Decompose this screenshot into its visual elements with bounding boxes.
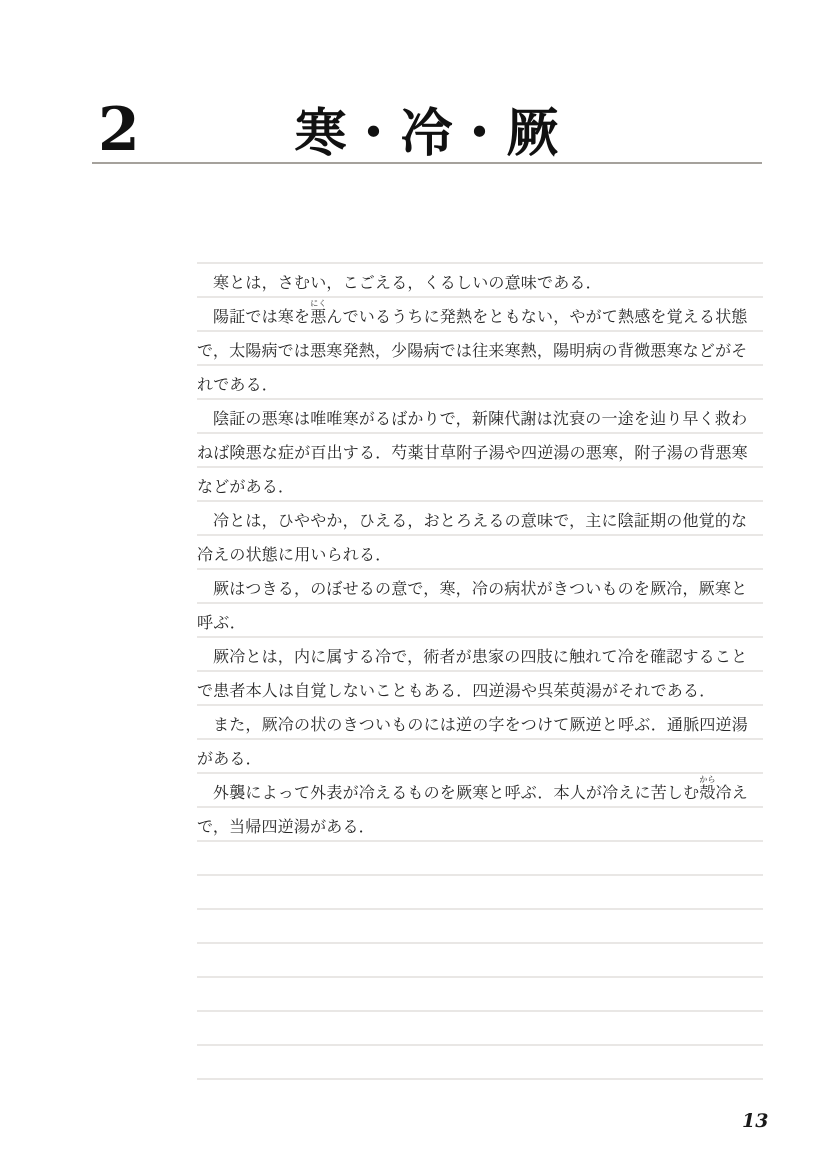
empty-ruled-line <box>197 874 763 908</box>
text-line-content: 寒とは，さむい，こごえる，くるしいの意味である． <box>213 275 602 291</box>
text-line: 厥冷とは，内に属する冷で，術者が患家の四肢に触れて冷を確認すること <box>197 636 763 670</box>
text-line: また，厥冷の状のきついものには逆の字をつけて厥逆と呼ぶ．通脈四逆湯 <box>197 704 763 738</box>
text-line: 厥はつきる，のぼせるの意で，寒，冷の病状がきついものを厥冷，厥寒と <box>197 568 763 602</box>
empty-ruled-line <box>197 840 763 874</box>
page-number: 13 <box>742 1110 768 1132</box>
empty-ruled-line <box>197 1044 763 1078</box>
text-line: 冷えの状態に用いられる． <box>197 534 763 568</box>
chapter-title: 寒・冷・厥 <box>92 106 762 162</box>
text-line: 寒とは，さむい，こごえる，くるしいの意味である． <box>197 262 763 296</box>
empty-ruled-line <box>197 942 763 976</box>
text-line-content: で，当帰四逆湯がある． <box>197 819 375 835</box>
text-line-content: がある． <box>197 751 262 767</box>
text-line-content: れである． <box>197 377 278 393</box>
text-line: れである． <box>197 364 763 398</box>
text-line-content: 厥冷とは，内に属する冷で，術者が患家の四肢に触れて冷を確認すること <box>213 649 747 665</box>
text-line: 陽証では寒を悪にくんでいるうちに発熱をともない，やがて熱感を覚える状態 <box>197 296 763 330</box>
text-line-content: また，厥冷の状のきついものには逆の字をつけて厥逆と呼ぶ．通脈四逆湯 <box>213 717 748 733</box>
empty-ruled-line <box>197 976 763 1010</box>
ruby-annotated-kanji: 殻から <box>699 783 715 802</box>
text-line: で，太陽病では悪寒発熱，少陽病では往来寒熱，陽明病の背微悪寒などがそ <box>197 330 763 364</box>
ruby-annotated-kanji: 悪にく <box>310 307 326 326</box>
empty-ruled-line <box>197 908 763 942</box>
text-line: で患者本人は自覚しないこともある．四逆湯や呉茱萸湯がそれである． <box>197 670 763 704</box>
text-line: 陰証の悪寒は唯唯寒がるばかりで，新陳代謝は沈衰の一途を辿り早く救わ <box>197 398 763 432</box>
chapter-header: 2 寒・冷・厥 <box>92 72 762 164</box>
text-line-content: 冷えの状態に用いられる． <box>197 547 391 563</box>
text-line-content: で患者本人は自覚しないこともある．四逆湯や呉茱萸湯がそれである． <box>197 683 715 699</box>
text-line: 呼ぶ． <box>197 602 763 636</box>
empty-ruled-line <box>197 1010 763 1044</box>
text-line: ねば険悪な症が百出する．芍薬甘草附子湯や四逆湯の悪寒，附子湯の背悪寒 <box>197 432 763 466</box>
text-line: 冷とは，ひややか，ひえる，おとろえるの意味で，主に陰証期の他覚的な <box>197 500 763 534</box>
text-line: などがある． <box>197 466 763 500</box>
text-line-content: 厥はつきる，のぼせるの意で，寒，冷の病状がきついものを厥冷，厥寒と <box>213 581 747 597</box>
text-line-content: ねば険悪な症が百出する．芍薬甘草附子湯や四逆湯の悪寒，附子湯の背悪寒 <box>197 445 748 461</box>
book-page: 2 寒・冷・厥 寒とは，さむい，こごえる，くるしいの意味である．陽証では寒を悪に… <box>0 0 830 1172</box>
text-line: 外襲によって外表が冷えるものを厥寒と呼ぶ．本人が冷えに苦しむ殻から冷え <box>197 772 763 806</box>
text-line-content: 陽証では寒を悪にくんでいるうちに発熱をともない，やがて熱感を覚える状態 <box>213 299 748 325</box>
text-line: で，当帰四逆湯がある． <box>197 806 763 840</box>
text-line: がある． <box>197 738 763 772</box>
ruled-text-area: 寒とは，さむい，こごえる，くるしいの意味である．陽証では寒を悪にくんでいるうちに… <box>197 262 763 1080</box>
text-line-content: で，太陽病では悪寒発熱，少陽病では往来寒熱，陽明病の背微悪寒などがそ <box>197 343 747 359</box>
text-line-content: 冷とは，ひややか，ひえる，おとろえるの意味で，主に陰証期の他覚的な <box>213 513 747 529</box>
text-line-content: 外襲によって外表が冷えるものを厥寒と呼ぶ．本人が冷えに苦しむ殻から冷え <box>213 775 748 801</box>
text-line-content: 陰証の悪寒は唯唯寒がるばかりで，新陳代謝は沈衰の一途を辿り早く救わ <box>213 411 747 427</box>
text-line-content: 呼ぶ． <box>197 615 246 631</box>
text-line-content: などがある． <box>197 479 294 495</box>
